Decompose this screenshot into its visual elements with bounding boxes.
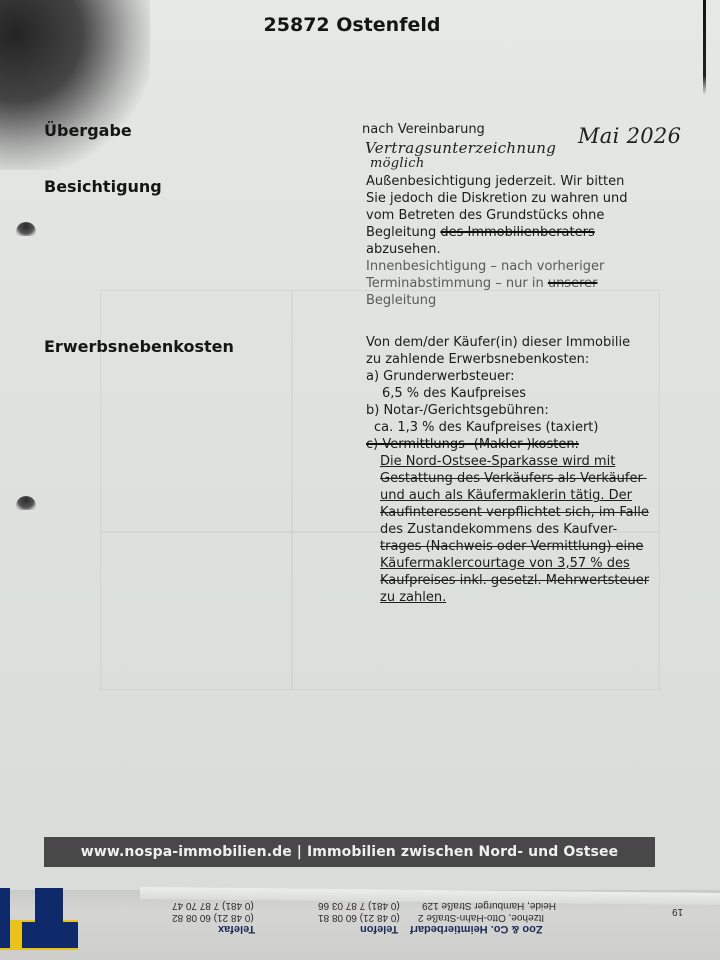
handwritten-date: Mai 2026: [578, 124, 681, 148]
item-a-label: a) Grunderwerbsteuer:: [366, 368, 666, 385]
text-line: Außenbesichtigung jederzeit. Wir bitten: [366, 173, 666, 190]
handwritten-note-line2: möglich: [370, 156, 425, 171]
text-line: Begleitung des Immobilienberaters: [366, 224, 666, 241]
punch-hole: [16, 222, 36, 236]
text-fragment: Terminabstimmung – nur in: [366, 276, 548, 291]
underlying-address: Heide, Hamburger Straße 129: [422, 900, 556, 911]
text-line: abzusehen.: [366, 241, 666, 258]
footer-banner: www.nospa-immobilien.de | Immobilien zwi…: [44, 837, 655, 867]
text-line: Terminabstimmung – nur in unserer: [366, 275, 666, 292]
section-label-besichtigung: Besichtigung: [44, 177, 162, 196]
section-label-uebergabe: Übergabe: [44, 121, 132, 140]
underlying-company-name: Zoo & Co. Heimtierbedarf: [410, 923, 543, 935]
text-line: vom Betreten des Grundstücks ohne: [366, 207, 666, 224]
logo-blue-shape: [22, 922, 78, 948]
page-title: 25872 Ostenfeld: [0, 14, 720, 36]
item-b-value: ca. 1,3 % des Kaufpreises (taxiert): [366, 419, 666, 436]
underlying-telefon-number: (0 48 21) 60 08 81: [318, 912, 400, 923]
item-c-line: Käufermaklercourtage von 3,57 % des: [366, 555, 666, 572]
punch-hole: [16, 496, 36, 510]
text-line: Begleitung: [366, 292, 666, 309]
underlying-telefax-number: (0 48 21) 60 08 82: [172, 912, 254, 923]
item-b-label: b) Notar-/Gerichtsgebühren:: [366, 402, 666, 419]
item-c-line: Kaufpreises inkl. gesetzl. Mehrwertsteue…: [366, 572, 666, 589]
item-c-line: Kaufinteressent verpflichtet sich, im Fa…: [366, 504, 666, 521]
logo-blue-shape: [0, 888, 10, 948]
expose-page: 25872 Ostenfeld Übergabe nach Vereinbaru…: [0, 0, 720, 905]
item-c-line: Die Nord-Ostsee-Sparkasse wird mit: [366, 453, 666, 470]
text-line: Von dem/der Käufer(in) dieser Immobilie: [366, 334, 666, 351]
text-line: zu zahlende Erwerbsnebenkosten:: [366, 351, 666, 368]
underlying-telefon-label: Telefon: [360, 923, 398, 935]
item-c-line: und auch als Käufermaklerin tätig. Der: [366, 487, 666, 504]
text-line: Sie jedoch die Diskretion zu wahren und: [366, 190, 666, 207]
item-c-line: Gestattung des Verkäufers als Verkäufer-: [366, 470, 666, 487]
page-title-text: 25872 Ostenfeld: [264, 14, 441, 36]
underlying-reference: 19: [672, 906, 683, 917]
item-c-line: zu zahlen.: [366, 589, 666, 606]
item-a-value: 6,5 % des Kaufpreises: [366, 385, 666, 402]
underlying-address: Itzehoe, Otto-Hahn-Straße 2: [418, 912, 544, 923]
text-line: Innenbesichtigung – nach vorheriger: [366, 258, 666, 275]
uebergabe-value: nach Vereinbarung: [362, 121, 485, 138]
struck-text: unserer: [548, 276, 598, 291]
item-c-line: trages (Nachweis oder Vermittlung) eine: [366, 538, 666, 555]
underlying-telefax-number: (0 481) 7 87 70 47: [172, 900, 254, 911]
besichtigung-text: Außenbesichtigung jederzeit. Wir bitten …: [366, 173, 666, 309]
handwritten-note-line1: Vertragsunterzeichnung: [365, 139, 556, 157]
section-label-erwerbsnebenkosten: Erwerbsnebenkosten: [44, 337, 234, 356]
company-logo: [0, 888, 80, 952]
struck-text: des Immobilienberaters: [440, 225, 594, 240]
item-c-label-struck: c) Vermittlungs- (Makler-)kosten:: [366, 436, 666, 453]
erwerbsnebenkosten-text: Von dem/der Käufer(in) dieser Immobilie …: [366, 334, 666, 606]
underlying-telefon-number: (0 481) 7 87 03 66: [318, 900, 400, 911]
text-fragment: Begleitung: [366, 225, 440, 240]
underlying-telefax-label: Telefax: [218, 923, 255, 935]
item-c-line: des Zustandekommens des Kaufver-: [366, 521, 666, 538]
